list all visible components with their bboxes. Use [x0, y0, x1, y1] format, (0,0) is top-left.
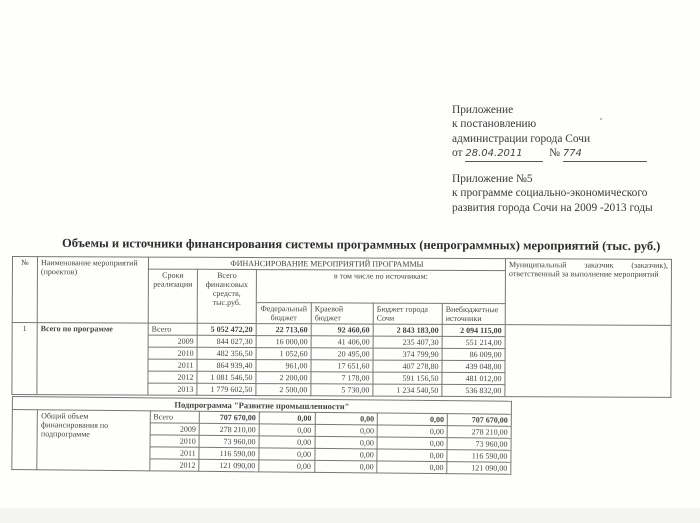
cell-city: 235 407,30 — [373, 336, 442, 348]
cell-total: 707 670,00 — [199, 411, 259, 424]
cell-city: 0,00 — [377, 425, 447, 438]
header-customer: Муниципальный заказчик (заказчик), ответ… — [505, 259, 671, 326]
date-prefix: от — [452, 147, 463, 159]
program-line: Приложение №5 — [452, 172, 653, 186]
cell-total: 121 090,00 — [199, 459, 259, 472]
program-line: развития города Сочи на 2009 -2013 годы — [452, 201, 653, 215]
row-number — [12, 410, 38, 470]
cell-regional: 0,00 — [314, 460, 377, 473]
cell-term: 2010 — [150, 435, 200, 447]
cell-federal: 961,00 — [256, 360, 311, 372]
cell-term: 2009 — [148, 335, 197, 347]
cell-federal: 0,00 — [259, 412, 315, 425]
cell-city: 407 278,80 — [373, 360, 442, 372]
header-regional: Краевой бюджет — [311, 303, 373, 324]
cell-term: 2011 — [148, 359, 197, 371]
appendix-line: администрации города Сочи — [452, 132, 653, 146]
cell-city: 0,00 — [377, 461, 447, 474]
cell-total: 5 052 472,20 — [197, 323, 256, 335]
row-name: Всего по программе — [37, 323, 148, 395]
row-name: Общий объем финансирования по подпрограм… — [37, 410, 150, 471]
document-title: Объемы и источники финансирования систем… — [62, 236, 660, 254]
cell-total: 864 939,40 — [197, 359, 256, 371]
cell-total: 73 960,00 — [199, 435, 259, 448]
cell-federal: 16 000,00 — [256, 336, 311, 348]
header-total: Всего финансовых средств, тыс.руб. — [197, 269, 256, 323]
cell-regional: 20 495,00 — [311, 348, 373, 360]
cell-city: 0,00 — [377, 437, 447, 450]
cell-term: 2011 — [150, 447, 200, 459]
cell-customer — [505, 325, 671, 398]
cell-total: 1 081 546,50 — [197, 371, 256, 383]
cell-external: 707 670,00 — [447, 414, 511, 427]
cell-total: 278 210,00 — [199, 423, 259, 436]
cell-external: 121 090,00 — [447, 462, 511, 475]
cell-regional: 41 406,00 — [311, 336, 373, 348]
row-number: 1 — [12, 323, 37, 395]
header-city: Бюджет города Сочи — [373, 303, 442, 324]
cell-regional: 0,00 — [314, 448, 377, 461]
cell-term: Всего — [150, 411, 200, 423]
header-incl-sources: в том числе по источникам: — [256, 270, 505, 304]
appendix-line: Приложение — [452, 103, 653, 117]
cell-term: 2013 — [148, 383, 197, 395]
page-edge — [0, 508, 700, 523]
scanned-page: Приложение к постановлению администрации… — [0, 0, 700, 508]
cell-federal: 2 200,00 — [256, 372, 311, 384]
cell-federal: 1 052,60 — [256, 348, 311, 360]
cell-external: 439 048,00 — [442, 360, 505, 372]
cell-federal: 0,00 — [259, 436, 315, 449]
cell-regional: 0,00 — [315, 412, 378, 425]
appendix-line: к постановлению — [452, 117, 653, 131]
handwritten-number: 774 — [563, 147, 647, 162]
cell-regional: 0,00 — [315, 436, 378, 449]
cell-federal: 0,00 — [259, 424, 315, 437]
appendix-block: Приложение к постановлению администрации… — [452, 103, 653, 215]
cell-external: 278 210,00 — [447, 426, 511, 439]
header-federal: Федеральный бюджет — [256, 303, 311, 324]
cell-city: 0,00 — [377, 449, 447, 462]
program-line: к программе социально-экономического — [452, 186, 653, 200]
header-no: № — [12, 257, 37, 323]
cell-external: 116 590,00 — [447, 450, 511, 463]
header-name: Наименование мероприятий (проектов) — [37, 257, 148, 323]
cell-city: 591 156,50 — [373, 372, 442, 384]
cell-federal: 2 500,00 — [256, 384, 311, 396]
cell-city: 2 843 183,00 — [373, 324, 442, 336]
cell-term: 2012 — [149, 459, 199, 471]
cell-external: 536 832,00 — [442, 384, 505, 396]
cell-city: 0,00 — [378, 413, 448, 426]
cell-term: 2009 — [150, 423, 200, 435]
number-prefix: № — [549, 147, 560, 159]
cell-total: 844 027,30 — [197, 335, 256, 347]
cell-external: 86 009,00 — [442, 348, 505, 360]
cell-external: 551 214,00 — [442, 336, 505, 348]
cell-city: 1 234 540,50 — [373, 384, 442, 396]
cell-federal: 22 713,60 — [256, 324, 311, 336]
cell-regional: 7 178,00 — [311, 372, 373, 384]
cell-external: 2 094 115,00 — [442, 324, 505, 336]
cell-total: 116 590,00 — [199, 447, 259, 460]
financing-table: № Наименование мероприятий (проектов) ФИ… — [11, 256, 672, 398]
cell-term: 2012 — [148, 371, 197, 383]
cell-external: 73 960,00 — [447, 438, 511, 451]
cell-federal: 0,00 — [259, 460, 315, 473]
cell-term: 2010 — [148, 347, 197, 359]
appendix-date-line: от 28.04.2011 № 774 — [452, 146, 653, 162]
handwritten-date: 28.04.2011 — [465, 147, 543, 162]
header-term: Сроки реализации — [148, 269, 197, 323]
subprogram-table: Подпрограмма "Развитие промышленности" О… — [11, 396, 512, 475]
header-external: Внебюджетные источники — [442, 303, 505, 324]
cell-regional: 92 460,60 — [311, 324, 373, 336]
cell-regional: 5 730,00 — [311, 384, 373, 396]
cell-external: 481 012,00 — [442, 372, 505, 384]
cell-term: Всего — [148, 323, 197, 335]
cell-city: 374 799,90 — [373, 348, 442, 360]
cell-federal: 0,00 — [259, 448, 315, 461]
cell-total: 1 779 602,50 — [197, 383, 256, 395]
cell-regional: 17 651,60 — [311, 360, 373, 372]
cell-total: 482 356,50 — [197, 347, 256, 359]
cell-regional: 0,00 — [315, 424, 378, 437]
